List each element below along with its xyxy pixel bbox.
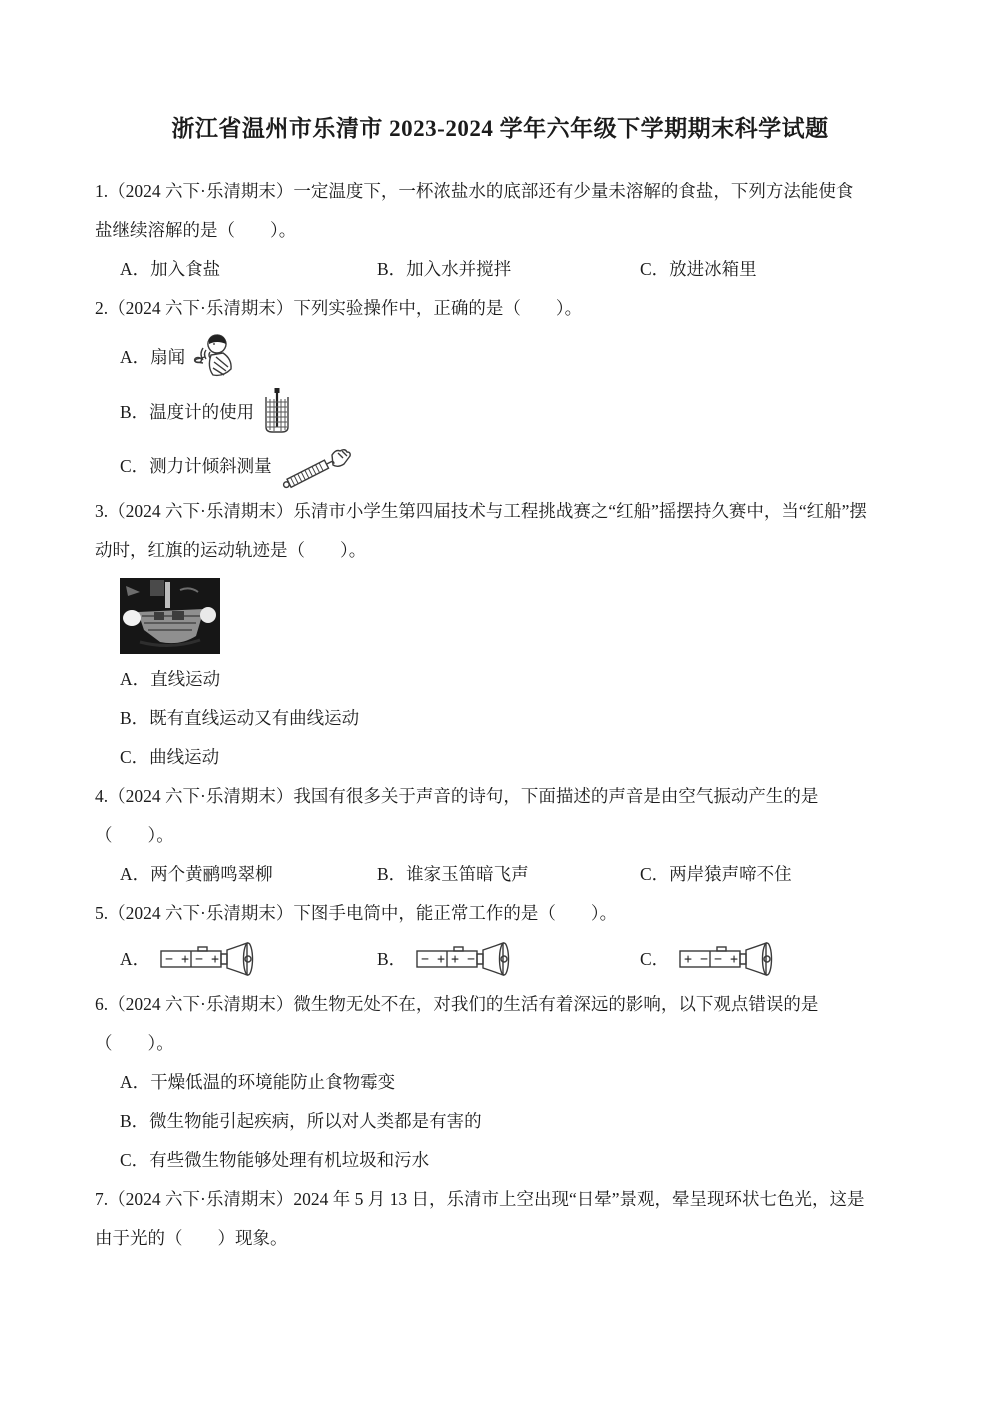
flashlight-b-image: − + + − bbox=[416, 941, 516, 977]
flashlight-c-image: + − − + bbox=[679, 941, 779, 977]
svg-text:−: − bbox=[195, 952, 203, 967]
question-1-options: A．加入食盐 B．加入水并搅拌 C．放进冰箱里 bbox=[95, 250, 905, 289]
question-2-option-a: A．扇闻 bbox=[95, 328, 905, 384]
question-1-option-b: B．加入水并搅拌 bbox=[377, 250, 640, 289]
question-2-option-c-label: C．测力计倾斜测量 bbox=[120, 453, 272, 478]
fanning-smell-icon bbox=[193, 331, 239, 381]
question-3-stem-line-1: 3.（2024 六下·乐清期末）乐清市小学生第四届技术与工程挑战赛之“红船”摇摆… bbox=[95, 492, 905, 531]
question-2-option-a-label: A．扇闻 bbox=[120, 344, 185, 369]
question-3-stem-line-2: 动时，红旗的运动轨迹是（ ）。 bbox=[95, 531, 905, 570]
question-4-option-c: C．两岸猿声啼不住 bbox=[640, 855, 905, 894]
question-1: 1.（2024 六下·乐清期末）一定温度下，一杯浓盐水的底部还有少量未溶解的食盐… bbox=[95, 172, 905, 289]
svg-text:+: + bbox=[451, 952, 459, 967]
question-5-option-a-label: A． bbox=[120, 940, 150, 979]
question-1-option-a: A．加入食盐 bbox=[120, 250, 377, 289]
question-5-stem-line-1: 5.（2024 六下·乐清期末）下图手电筒中，能正常工作的是（ ）。 bbox=[95, 894, 905, 933]
flashlight-a-image: − + − + bbox=[160, 941, 260, 977]
question-2-option-b-label: B．温度计的使用 bbox=[120, 399, 254, 424]
svg-text:−: − bbox=[700, 952, 708, 967]
question-6-option-a: A．干燥低温的环境能防止食物霉变 bbox=[120, 1063, 905, 1102]
question-4: 4.（2024 六下·乐清期末）我国有很多关于声音的诗句，下面描述的声音是由空气… bbox=[95, 777, 905, 894]
question-6-options: A．干燥低温的环境能防止食物霉变 B．微生物能引起疾病，所以对人类都是有害的 C… bbox=[95, 1063, 905, 1180]
question-5-option-b-label: B． bbox=[377, 940, 406, 979]
question-4-option-b: B．谁家玉笛暗飞声 bbox=[377, 855, 640, 894]
question-3-option-c: C．曲线运动 bbox=[120, 738, 905, 777]
question-2-option-c: C．测力计倾斜测量 bbox=[95, 438, 905, 492]
question-2-option-b: B．温度计的使用 bbox=[95, 384, 905, 438]
page-title: 浙江省温州市乐清市 2023-2024 学年六年级下学期期末科学试题 bbox=[95, 112, 905, 146]
question-6-option-b: B．微生物能引起疾病，所以对人类都是有害的 bbox=[120, 1102, 905, 1141]
question-4-option-a: A．两个黄鹂鸣翠柳 bbox=[120, 855, 377, 894]
question-4-stem-line-2: （ ）。 bbox=[95, 816, 905, 855]
svg-text:−: − bbox=[467, 952, 475, 967]
question-1-stem-line-1: 1.（2024 六下·乐清期末）一定温度下，一杯浓盐水的底部还有少量未溶解的食盐… bbox=[95, 172, 905, 211]
red-boat-model-photo bbox=[120, 578, 220, 654]
svg-text:+: + bbox=[684, 952, 692, 967]
question-1-option-c: C．放进冰箱里 bbox=[640, 250, 905, 289]
question-6-stem-line-1: 6.（2024 六下·乐清期末）微生物无处不在，对我们的生活有着深远的影响，以下… bbox=[95, 985, 905, 1024]
svg-text:+: + bbox=[211, 952, 219, 967]
question-3-options: A．直线运动 B．既有直线运动又有曲线运动 C．曲线运动 bbox=[95, 660, 905, 777]
question-3-photo-wrap bbox=[120, 578, 905, 654]
question-1-stem-line-2: 盐继续溶解的是（ ）。 bbox=[95, 211, 905, 250]
question-5: 5.（2024 六下·乐清期末）下图手电筒中，能正常工作的是（ ）。 A． − … bbox=[95, 894, 905, 985]
question-6: 6.（2024 六下·乐清期末）微生物无处不在，对我们的生活有着深远的影响，以下… bbox=[95, 985, 905, 1180]
question-5-option-c: C． + − − + bbox=[640, 940, 905, 979]
question-6-stem-line-2: （ ）。 bbox=[95, 1024, 905, 1063]
svg-text:+: + bbox=[437, 952, 445, 967]
question-5-option-b: B． − + + − bbox=[377, 940, 640, 979]
question-4-options: A．两个黄鹂鸣翠柳 B．谁家玉笛暗飞声 C．两岸猿声啼不住 bbox=[95, 855, 905, 894]
question-6-option-c: C．有些微生物能够处理有机垃圾和污水 bbox=[120, 1141, 905, 1180]
question-5-option-a: A． − + − + bbox=[120, 940, 377, 979]
question-3-option-b: B．既有直线运动又有曲线运动 bbox=[120, 699, 905, 738]
question-2-stem-line-1: 2.（2024 六下·乐清期末）下列实验操作中，正确的是（ ）。 bbox=[95, 289, 905, 328]
svg-text:−: − bbox=[714, 952, 722, 967]
svg-text:+: + bbox=[181, 952, 189, 967]
exam-page: 浙江省温州市乐清市 2023-2024 学年六年级下学期期末科学试题 1.（20… bbox=[0, 0, 1000, 1414]
question-5-options: A． − + − + B． bbox=[95, 933, 905, 985]
question-7-stem-line-1: 7.（2024 六下·乐清期末）2024 年 5 月 13 日，乐清市上空出现“… bbox=[95, 1180, 905, 1219]
question-7-stem-line-2: 由于光的（ ）现象。 bbox=[95, 1219, 905, 1258]
tilted-spring-scale-icon bbox=[280, 441, 352, 489]
question-7: 7.（2024 六下·乐清期末）2024 年 5 月 13 日，乐清市上空出现“… bbox=[95, 1180, 905, 1258]
svg-text:+: + bbox=[730, 952, 738, 967]
question-5-option-c-label: C． bbox=[640, 940, 669, 979]
question-4-stem-line-1: 4.（2024 六下·乐清期末）我国有很多关于声音的诗句，下面描述的声音是由空气… bbox=[95, 777, 905, 816]
svg-text:−: − bbox=[165, 952, 173, 967]
thermometer-in-beaker-icon bbox=[262, 387, 292, 435]
svg-text:−: − bbox=[421, 952, 429, 967]
question-3-option-a: A．直线运动 bbox=[120, 660, 905, 699]
question-3: 3.（2024 六下·乐清期末）乐清市小学生第四届技术与工程挑战赛之“红船”摇摆… bbox=[95, 492, 905, 777]
question-2: 2.（2024 六下·乐清期末）下列实验操作中，正确的是（ ）。 A．扇闻 B．… bbox=[95, 289, 905, 492]
